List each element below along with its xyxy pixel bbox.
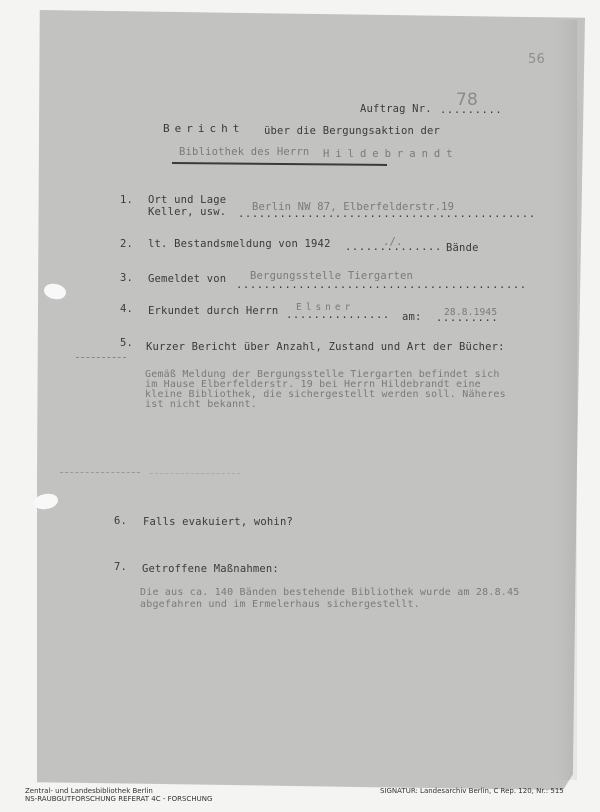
item-1-label-line1: Ort und Lage: [148, 194, 226, 206]
item-7-number: 7.: [114, 561, 127, 573]
item-4-date-value: 28.8.1945: [444, 307, 497, 318]
footer-signature: SIGNATUR: Landesarchiv Berlin, C Rep. 12…: [380, 787, 564, 795]
item-5-number: 5.: [120, 337, 133, 349]
item-2-value: ./.: [383, 236, 403, 248]
item-1-value: Berlin NW 87, Elberfelderstr.19: [252, 201, 454, 213]
item-7-label: Getroffene Maßnahmen:: [142, 563, 279, 575]
item-3-value: Bergungsstelle Tiergarten: [250, 270, 413, 282]
item-2-suffix: Bände: [446, 242, 479, 254]
footer-institution-line2: NS-RAUBGUTFORSCHUNG REFERAT 4C - FORSCHU…: [25, 795, 212, 803]
item-5-label: Kurzer Bericht über Anzahl, Zustand und …: [146, 341, 505, 353]
item-3-label: Gemeldet von: [148, 273, 226, 285]
stray-mark: [150, 473, 240, 475]
item-6-label: Falls evakuiert, wohin?: [143, 516, 293, 528]
item-6-number: 6.: [114, 515, 127, 527]
item-5-text-line-4: ist nicht bekannt.: [145, 400, 257, 410]
item-1-label-line2: Keller, usw.: [148, 206, 226, 218]
item-4-number: 4.: [120, 303, 133, 315]
page-edge-shadow: [555, 20, 577, 780]
subtitle-name: Hildebrandt: [323, 148, 459, 160]
order-label: Auftrag Nr.: [360, 103, 432, 115]
title-bericht: Bericht: [163, 122, 244, 135]
stray-mark: [60, 472, 140, 474]
item-1-number: 1.: [120, 194, 133, 206]
item-7-text-line-1: Die aus ca. 140 Bänden bestehende Biblio…: [140, 588, 519, 598]
item-3-number: 3.: [120, 272, 133, 284]
order-number: 78: [456, 90, 478, 110]
item-4-value: Elsner: [296, 302, 354, 313]
page-number: 56: [528, 52, 545, 67]
item-2-number: 2.: [120, 238, 133, 250]
item-4-date-label: am:: [402, 311, 422, 323]
title-rest: über die Bergungsaktion der: [264, 125, 440, 137]
subtitle-prefix: Bibliothek des Herrn: [179, 146, 309, 158]
item-2-label: lt. Bestandsmeldung von 1942: [148, 238, 331, 250]
footer-institution-line1: Zentral- und Landesbibliothek Berlin: [25, 787, 153, 795]
stray-mark: [76, 357, 126, 359]
item-4-label: Erkundet durch Herrn: [148, 305, 278, 317]
item-7-text-line-2: abgefahren und im Ermelerhaus sichergest…: [140, 600, 420, 610]
